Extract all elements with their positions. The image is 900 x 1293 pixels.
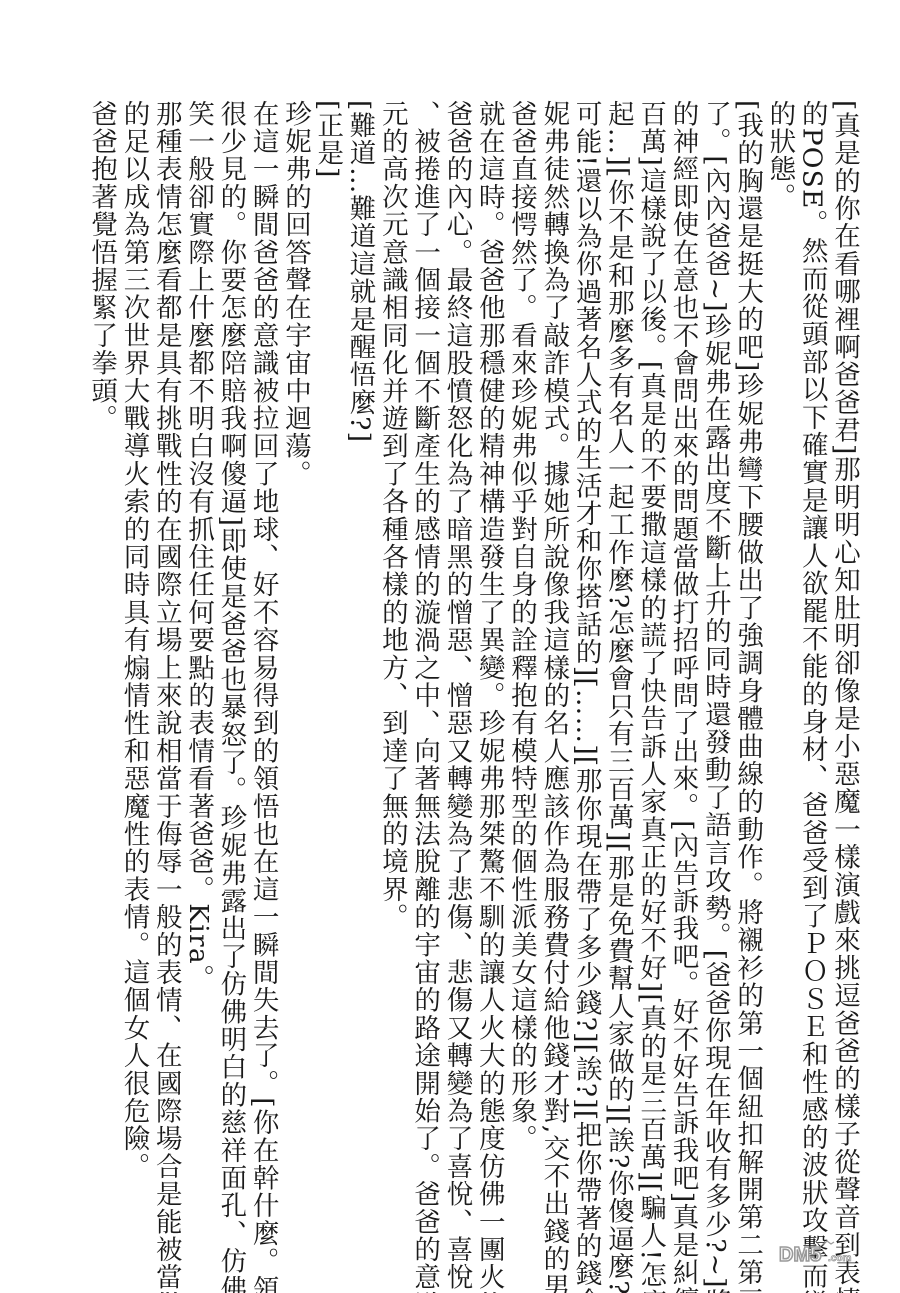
text-column: 了。[內內爸爸~]珍妮弗在露出度不斷上升的同時還發動了語言攻勢。[爸爸你現在年收… bbox=[699, 100, 731, 1210]
text-column: 起…][你不是和那麼多有名人一起工作麼?怎麼會只有三百萬][那是免費幫人家做的]… bbox=[602, 100, 634, 1210]
text-column: 的POSE。然而從頭部以下確實是讓人欲罷不能的身材、爸爸受到了ＰＯＳＥ和性感的波… bbox=[795, 100, 827, 1210]
text-column: 爸爸的內心。最終這股憤怒化為了暗黑的憎惡、憎惡又轉變為了悲傷、悲傷又轉變為了喜悅… bbox=[440, 100, 472, 1210]
text-column: 可能!還以為你過著名人式的生活才和你搭話的][……][那你現在帶了多少錢?][誒… bbox=[569, 100, 601, 1210]
text-column: 百萬]這樣說了以後。[真是的不要撒這樣的謊了快告訴人家真正的好不好][真的是三百… bbox=[634, 100, 666, 1210]
text-column: 就在這時。爸爸他那穩健的精神構造發生了異變。珍妮弗那桀驁不馴的讓人火大的態度仿佛… bbox=[472, 100, 504, 1210]
text-column: 、被捲進了一個接一個不斷產生的感情的漩渦之中、向著無法脫離的宇宙的路途開始了。爸… bbox=[408, 100, 440, 1210]
dm5-watermark-logo: DM5 .com bbox=[778, 1239, 860, 1265]
text-column: 的狀態。 bbox=[763, 100, 795, 1210]
mascot-icon bbox=[822, 1241, 834, 1245]
text-column: 笑一般卻實際上什麼都不明白沒有抓住任何要點的表情看著爸爸。Kira。 bbox=[182, 100, 214, 1210]
text-column: [真是的你在看哪裡啊爸爸君]那明明心知肚明卻像是小惡魔一樣演戲來挑逗爸爸的樣子從… bbox=[828, 100, 860, 1210]
text-column: [難道…難道這就是醒悟麼?] bbox=[343, 100, 375, 1210]
text-column: 爸爸抱著覺悟握緊了拳頭。 bbox=[85, 100, 117, 1210]
text-column: 元的高次元意識相同化并遊到了各種各樣的地方、到達了無的境界。 bbox=[376, 100, 408, 1210]
text-column: 的足以成為第三次世界大戰導火索的同時具有煽情性和惡魔性的表情。這個女人很危險。 bbox=[117, 100, 149, 1210]
text-column: [我的胸還是挺大的吧]珍妮弗彎下腰做出了強調身體曲線的動作。將襯衫的第一個紐扣解… bbox=[731, 100, 763, 1210]
text-column: 妮弗徒然轉換為了敲詐模式。據她所說像我這樣的名人應該作為服務費付給他錢才對,交不… bbox=[537, 100, 569, 1210]
watermark-suffix: .com bbox=[828, 1253, 851, 1264]
watermark-text: DM5 bbox=[779, 1244, 821, 1265]
text-column: 珍妮弗的回答聲在宇宙中迴蕩。 bbox=[279, 100, 311, 1210]
text-column: [正是] bbox=[311, 100, 343, 1210]
text-column: 那種表情怎麼看都是具有挑戰性的在國際立場上來說相當于侮辱一般的表情、在國際場合是… bbox=[149, 100, 181, 1210]
text-column: 很少見的。你要怎麼陪賠我啊傻逼]即使是爸爸也暴怒了。珍妮弗露出了仿佛明白的慈祥面… bbox=[214, 100, 246, 1210]
text-column: 的神經即使在意也不會問出來的問題當做打招呼問了出來。[內告訴我吧。好不好告訴我吧… bbox=[666, 100, 698, 1210]
text-column: 在這一瞬間爸爸的意識被拉回了地球、好不容易得到的領悟也在這一瞬間失去了。[你在幹… bbox=[246, 100, 278, 1210]
text-column: 爸爸直接愕然了。看來珍妮弗似乎對自身的詮釋抱有模特型的個性派美女這樣的形象。 bbox=[505, 100, 537, 1210]
vertical-text-page: [真是的你在看哪裡啊爸爸君]那明明心知肚明卻像是小惡魔一樣演戲來挑逗爸爸的樣子從… bbox=[70, 100, 860, 1210]
